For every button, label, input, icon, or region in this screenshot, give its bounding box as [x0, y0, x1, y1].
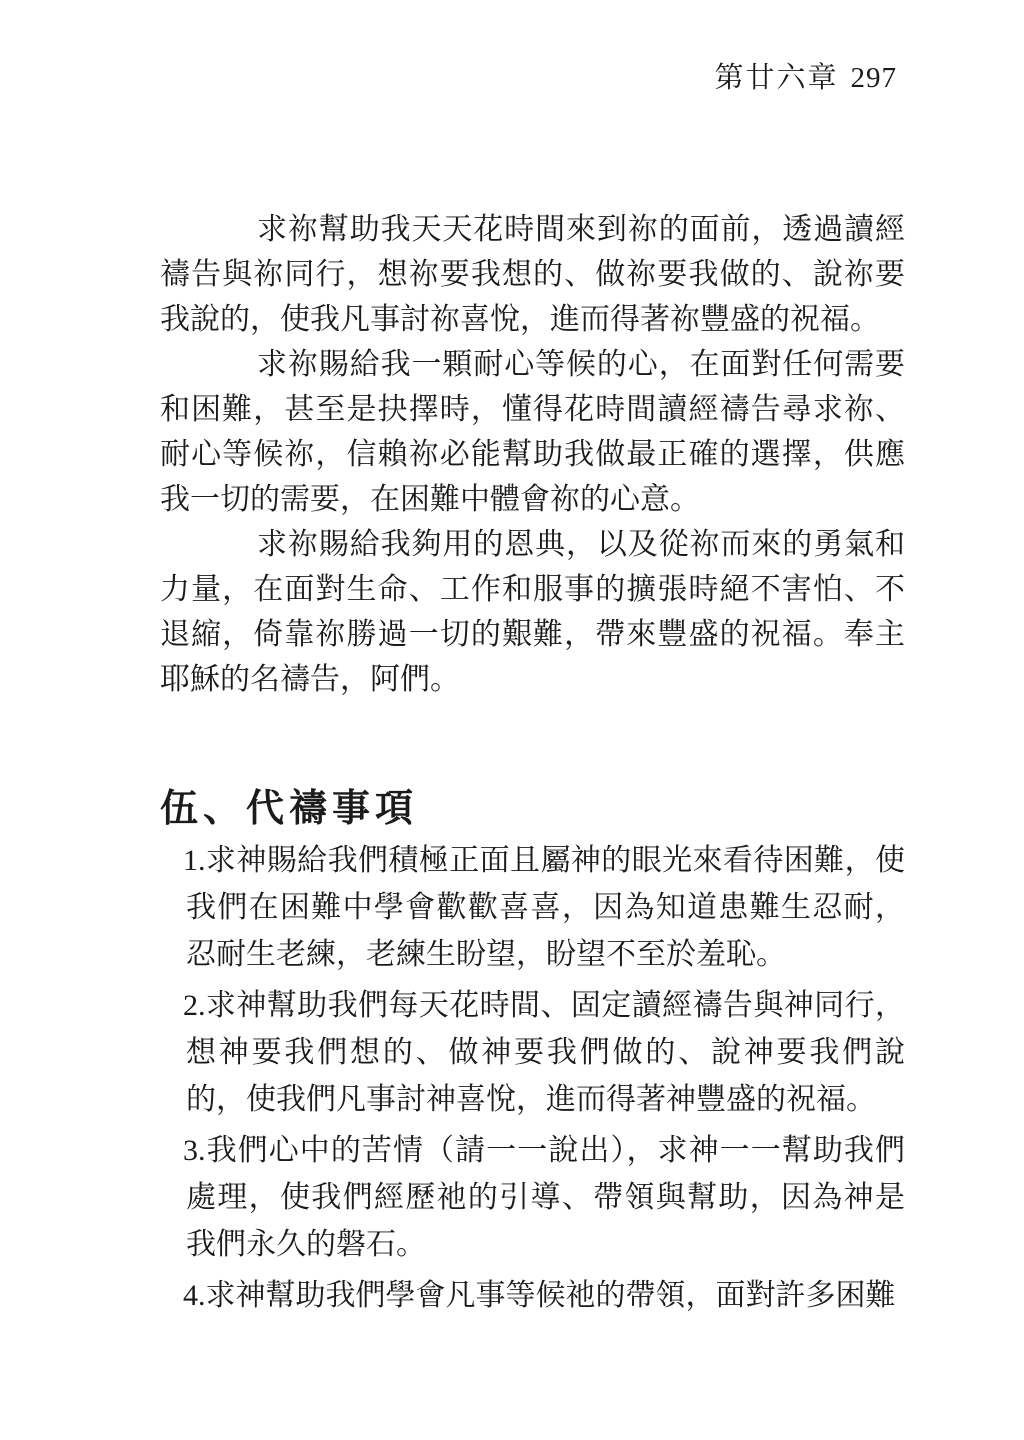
item-text: 求神幫助我們學會凡事等候祂的帶領，面對許多困難 [206, 1279, 896, 1312]
list-item: 1.求神賜給我們積極正面且屬神的眼光來看待困難，使我們在困難中學會歡歡喜喜，因為… [160, 837, 905, 978]
item-number: 3. [183, 1134, 206, 1167]
prayer-list: 1.求神賜給我們積極正面且屬神的眼光來看待困難，使我們在困難中學會歡歡喜喜，因為… [160, 837, 905, 1319]
chapter-title: 第廿六章 [714, 62, 838, 94]
list-item: 3.我們心中的苦情（請一一說出），求神一一幫助我們處理，使我們經歷祂的引導、帶領… [160, 1127, 905, 1268]
item-number: 1. [183, 844, 206, 877]
item-number: 2. [183, 989, 206, 1022]
item-number: 4. [183, 1279, 206, 1312]
book-page: 第廿六章297 求祢幫助我天天花時間來到祢的面前，透過讀經禱告與祢同行，想祢要我… [0, 0, 1024, 1440]
page-header: 第廿六章297 [0, 60, 897, 96]
list-item: 4.求神幫助我們學會凡事等候祂的帶領，面對許多困難 [160, 1272, 905, 1319]
paragraph: 求祢幫助我天天花時間來到祢的面前，透過讀經禱告與祢同行，想祢要我想的、做祢要我做… [160, 207, 905, 342]
item-text: 求神幫助我們每天花時間、固定讀經禱告與神同行，想神要我們想的、做神要我們做的、說… [186, 989, 905, 1116]
page-body: 求祢幫助我天天花時間來到祢的面前，透過讀經禱告與祢同行，想祢要我想的、做祢要我做… [160, 207, 905, 1323]
list-item: 2.求神幫助我們每天花時間、固定讀經禱告與神同行，想神要我們想的、做神要我們做的… [160, 982, 905, 1123]
paragraph: 求祢賜給我一顆耐心等候的心，在面對任何需要和困難，甚至是抉擇時，懂得花時間讀經禱… [160, 342, 905, 522]
item-text: 我們心中的苦情（請一一說出），求神一一幫助我們處理，使我們經歷祂的引導、帶領與幫… [186, 1134, 905, 1261]
section-heading: 伍、代禱事項 [160, 784, 905, 834]
paragraph: 求祢賜給我夠用的恩典，以及從祢而來的勇氣和力量，在面對生命、工作和服事的擴張時絕… [160, 522, 905, 702]
item-text: 求神賜給我們積極正面且屬神的眼光來看待困難，使我們在困難中學會歡歡喜喜，因為知道… [186, 844, 905, 971]
page-number: 297 [851, 62, 898, 94]
